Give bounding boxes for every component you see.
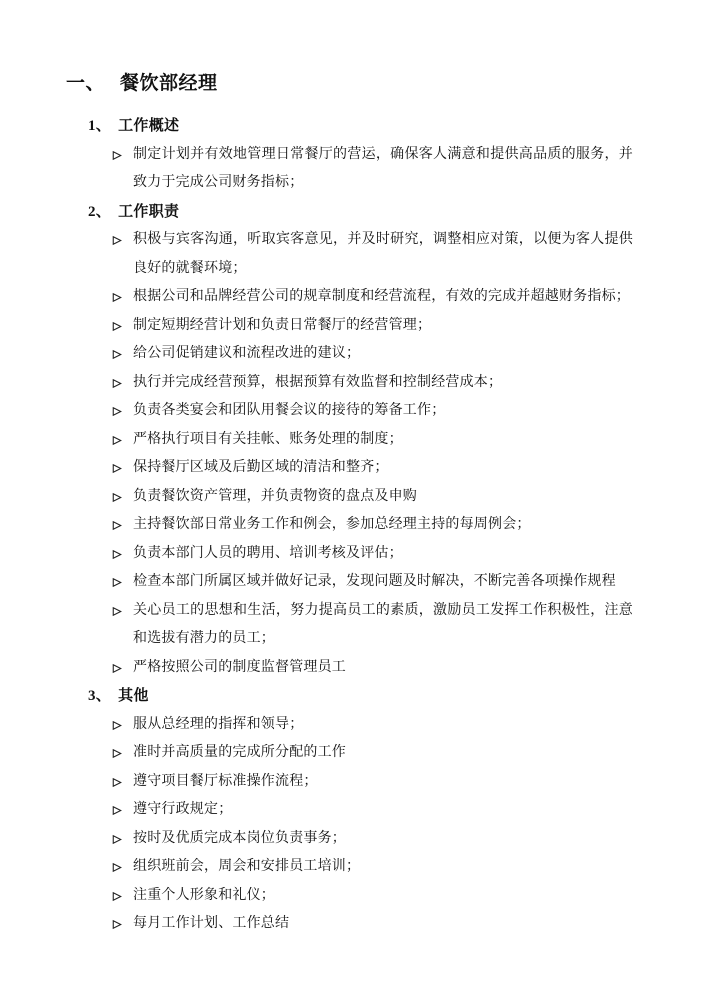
document-page: 一、餐饮部经理 1、工作概述 制定计划并有效地管理日常餐厅的营运，确保客人满意和…	[0, 0, 706, 999]
list-item: 遵守行政规定；	[0, 796, 706, 825]
list-item: 组织班前会，周会和安排员工培训；	[0, 853, 706, 882]
list-item-text: 严格按照公司的制度监督管理员工	[133, 660, 346, 675]
arrow-bullet-icon	[112, 720, 122, 731]
list-item: 积极与宾客沟通，听取宾客意见，并及时研究，调整相应对策，以便为客人提供良好的就餐…	[0, 226, 706, 283]
arrow-bullet-icon	[112, 862, 122, 873]
list-item-text: 遵守行政规定；	[133, 802, 232, 817]
list-item-text: 准时并高质量的完成所分配的工作	[133, 745, 346, 760]
list-item-text: 制定计划并有效地管理日常餐厅的营运，确保客人满意和提供高品质的服务，并致力于完成…	[133, 147, 633, 191]
arrow-bullet-icon	[112, 520, 122, 531]
section-heading-text: 工作职责	[118, 204, 179, 220]
list-item-text: 严格执行项目有关挂帐、账务处理的制度；	[133, 432, 403, 447]
arrow-bullet-icon	[112, 891, 122, 902]
arrow-bullet-icon	[112, 321, 122, 332]
arrow-bullet-icon	[112, 748, 122, 759]
arrow-bullet-icon	[112, 349, 122, 360]
arrow-bullet-icon	[112, 378, 122, 389]
list-item-text: 负责餐饮资产管理，并负责物资的盘点及申购	[133, 489, 417, 504]
list-item: 严格执行项目有关挂帐、账务处理的制度；	[0, 426, 706, 455]
list-item: 遵守项目餐厅标准操作流程；	[0, 768, 706, 797]
list-item: 服从总经理的指挥和领导；	[0, 711, 706, 740]
list-item-text: 关心员工的思想和生活，努力提高员工的素质，激励员工发挥工作积极性，注意和选拔有潜…	[133, 603, 633, 647]
arrow-bullet-icon	[112, 549, 122, 560]
list-item: 根据公司和品牌经营公司的规章制度和经营流程，有效的完成并超越财务指标；	[0, 283, 706, 312]
list-item-text: 遵守项目餐厅标准操作流程；	[133, 774, 318, 789]
list-item-text: 主持餐饮部日常业务工作和例会，参加总经理主持的每周例会；	[133, 517, 531, 532]
list-item-text: 按时及优质完成本岗位负责事务；	[133, 831, 346, 846]
list-item: 严格按照公司的制度监督管理员工	[0, 654, 706, 683]
list-item: 注重个人形象和礼仪；	[0, 882, 706, 911]
list-item-text: 根据公司和品牌经营公司的规章制度和经营流程，有效的完成并超越财务指标；	[133, 289, 630, 304]
section-heading-other: 3、其他	[0, 682, 706, 711]
list-item: 给公司促销建议和流程改进的建议；	[0, 340, 706, 369]
arrow-bullet-icon	[112, 292, 122, 303]
list-item: 关心员工的思想和生活，努力提高员工的素质，激励员工发挥工作积极性，注意和选拔有潜…	[0, 597, 706, 654]
list-item-text: 积极与宾客沟通，听取宾客意见，并及时研究，调整相应对策，以便为客人提供良好的就餐…	[133, 232, 633, 276]
arrow-bullet-icon	[112, 435, 122, 446]
arrow-bullet-icon	[112, 150, 122, 161]
list-item-text: 组织班前会，周会和安排员工培训；	[133, 859, 360, 874]
arrow-bullet-icon	[112, 834, 122, 845]
arrow-bullet-icon	[112, 777, 122, 788]
list-item-text: 负责各类宴会和团队用餐会议的接待的筹备工作；	[133, 403, 445, 418]
arrow-bullet-icon	[112, 406, 122, 417]
list-item-text: 制定短期经营计划和负责日常餐厅的经营管理；	[133, 318, 431, 333]
list-item: 主持餐饮部日常业务工作和例会，参加总经理主持的每周例会；	[0, 511, 706, 540]
list-item-text: 保持餐厅区域及后勤区域的清洁和整齐；	[133, 460, 389, 475]
list-item: 负责餐饮资产管理，并负责物资的盘点及申购	[0, 483, 706, 512]
list-item-text: 服从总经理的指挥和领导；	[133, 717, 303, 732]
list-item: 每月工作计划、工作总结	[0, 910, 706, 939]
list-item: 检查本部门所属区域并做好记录，发现问题及时解决，不断完善各项操作规程	[0, 568, 706, 597]
list-item: 准时并高质量的完成所分配的工作	[0, 739, 706, 768]
list-item: 按时及优质完成本岗位负责事务；	[0, 825, 706, 854]
list-item-text: 检查本部门所属区域并做好记录，发现问题及时解决，不断完善各项操作规程	[133, 574, 616, 589]
title-number: 一、	[66, 73, 105, 94]
section-heading-overview: 1、工作概述	[0, 112, 706, 141]
list-item-text: 给公司促销建议和流程改进的建议；	[133, 346, 360, 361]
list-item-text: 每月工作计划、工作总结	[133, 916, 289, 931]
list-item: 负责各类宴会和团队用餐会议的接待的筹备工作；	[0, 397, 706, 426]
list-item: 制定短期经营计划和负责日常餐厅的经营管理；	[0, 312, 706, 341]
list-item: 负责本部门人员的聘用、培训考核及评估；	[0, 540, 706, 569]
arrow-bullet-icon	[112, 606, 122, 617]
list-item: 执行并完成经营预算，根据预算有效监督和控制经营成本；	[0, 369, 706, 398]
section-number: 3、	[88, 688, 111, 704]
arrow-bullet-icon	[112, 463, 122, 474]
section-number: 2、	[88, 204, 111, 220]
list-item-text: 注重个人形象和礼仪；	[133, 888, 275, 903]
list-item: 保持餐厅区域及后勤区域的清洁和整齐；	[0, 454, 706, 483]
section-heading-duties: 2、工作职责	[0, 198, 706, 227]
section-heading-text: 其他	[118, 688, 149, 704]
arrow-bullet-icon	[112, 235, 122, 246]
list-item-text: 执行并完成经营预算，根据预算有效监督和控制经营成本；	[133, 375, 502, 390]
arrow-bullet-icon	[112, 805, 122, 816]
document-title: 一、餐饮部经理	[0, 70, 706, 97]
arrow-bullet-icon	[112, 919, 122, 930]
list-item-text: 负责本部门人员的聘用、培训考核及评估；	[133, 546, 403, 561]
arrow-bullet-icon	[112, 663, 122, 674]
arrow-bullet-icon	[112, 492, 122, 503]
section-number: 1、	[88, 118, 111, 134]
arrow-bullet-icon	[112, 577, 122, 588]
section-heading-text: 工作概述	[118, 118, 179, 134]
title-text: 餐饮部经理	[120, 73, 218, 94]
list-item: 制定计划并有效地管理日常餐厅的营运，确保客人满意和提供高品质的服务，并致力于完成…	[0, 141, 706, 198]
